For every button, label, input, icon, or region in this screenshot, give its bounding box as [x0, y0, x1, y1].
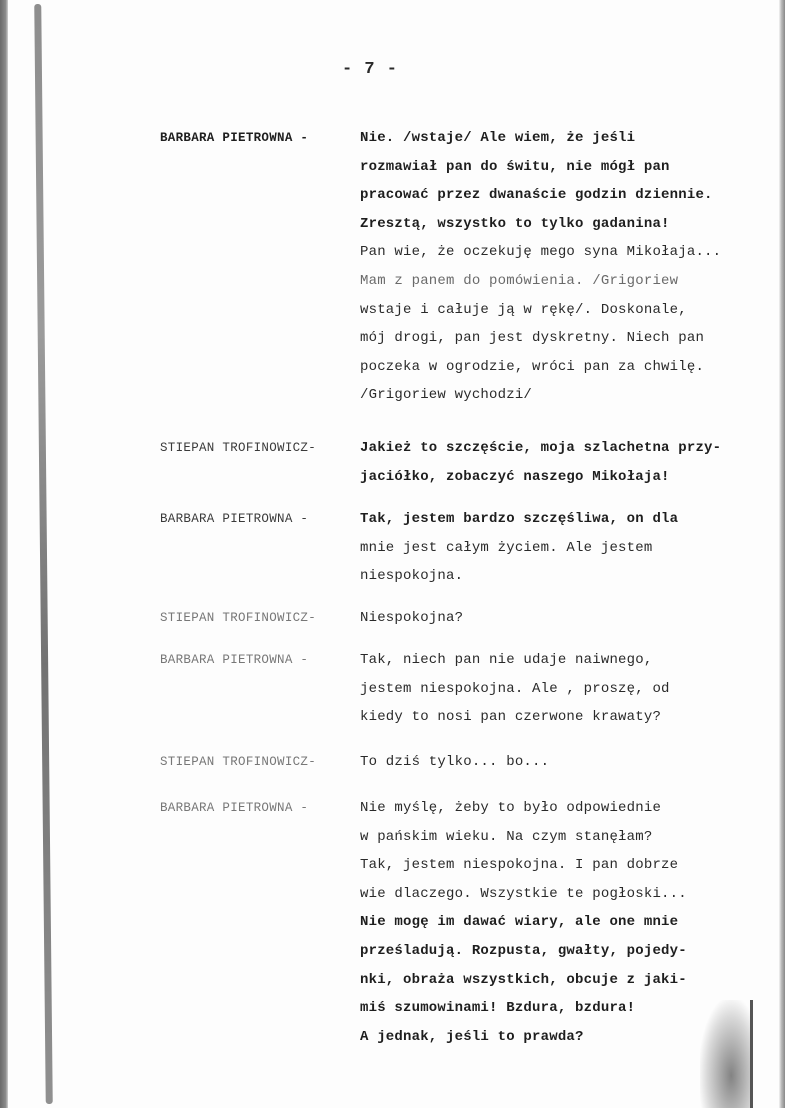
- speaker-name: STIEPAN TROFINOWICZ-: [160, 611, 316, 625]
- speaker-name: BARBARA PIETROWNA -: [160, 653, 308, 667]
- dialogue-line: prześladują. Rozpusta, gwałty, pojedy-: [360, 937, 780, 966]
- dialogue-line: Tak, jestem niespokojna. I pan dobrze: [360, 851, 780, 880]
- page-number: - 7 -: [342, 60, 398, 79]
- dialogue-line: miś szumowinami! Bzdura, bzdura!: [360, 994, 780, 1023]
- dialogue-line: mój drogi, pan jest dyskretny. Niech pan: [360, 324, 780, 353]
- dialogue-lines: Tak, niech pan nie udaje naiwnego, jeste…: [360, 646, 780, 732]
- document-page: - 7 - BARBARA PIETROWNA - Nie. /wstaje/ …: [0, 0, 785, 1108]
- dialogue-line: w pańskim wieku. Na czym stanęłam?: [360, 823, 780, 852]
- dialogue-line: Zresztą, wszystko to tylko gadanina!: [360, 210, 780, 239]
- dialogue-lines: Nie myślę, żeby to było odpowiednie w pa…: [360, 794, 780, 1051]
- dialogue-line: Jakież to szczęście, moja szlachetna prz…: [360, 434, 780, 463]
- dialogue-line: nki, obraża wszystkich, obcuje z jaki-: [360, 966, 780, 995]
- dialogue-line: Pan wie, że oczekuję mego syna Mikołaja.…: [360, 238, 780, 267]
- dialogue-lines: To dziś tylko... bo...: [360, 748, 780, 777]
- speaker-name: STIEPAN TROFINOWICZ-: [160, 755, 316, 769]
- dialogue-line: Nie mogę im dawać wiary, ale one mnie: [360, 908, 780, 937]
- scan-binding-line: [34, 4, 53, 1104]
- speaker-name: BARBARA PIETROWNA -: [160, 131, 308, 145]
- dialogue-line: niespokojna.: [360, 562, 780, 591]
- dialogue-line: Tak, niech pan nie udaje naiwnego,: [360, 646, 780, 675]
- dialogue-line: Niespokojna?: [360, 604, 780, 633]
- dialogue-line: Nie myślę, żeby to było odpowiednie: [360, 794, 780, 823]
- dialogue-lines: Nie. /wstaje/ Ale wiem, że jeśli rozmawi…: [360, 124, 780, 410]
- dialogue-line: Mam z panem do pomówienia. /Grigoriew: [360, 267, 780, 296]
- speaker-name: BARBARA PIETROWNA -: [160, 512, 308, 526]
- dialogue-line: mnie jest całym życiem. Ale jestem: [360, 534, 780, 563]
- dialogue-line: rozmawiał pan do świtu, nie mógł pan: [360, 153, 780, 182]
- dialogue-line: A jednak, jeśli to prawda?: [360, 1023, 780, 1052]
- dialogue-line: poczeka w ogrodzie, wróci pan za chwilę.: [360, 353, 780, 382]
- dialogue-line: wstaje i całuje ją w rękę/. Doskonale,: [360, 296, 780, 325]
- dialogue-line: Tak, jestem bardzo szczęśliwa, on dla: [360, 505, 780, 534]
- scan-edge-left: [0, 0, 8, 1108]
- dialogue-line: To dziś tylko... bo...: [360, 748, 780, 777]
- dialogue-lines: Jakież to szczęście, moja szlachetna prz…: [360, 434, 780, 491]
- dialogue-line: Nie. /wstaje/ Ale wiem, że jeśli: [360, 124, 780, 153]
- dialogue-line: jestem niespokojna. Ale , proszę, od: [360, 675, 780, 704]
- dialogue-line: /Grigoriew wychodzi/: [360, 381, 780, 410]
- dialogue-lines: Niespokojna?: [360, 604, 780, 633]
- dialogue-line: pracować przez dwanaście godzin dziennie…: [360, 181, 780, 210]
- speaker-name: STIEPAN TROFINOWICZ-: [160, 441, 316, 455]
- dialogue-line: wie dlaczego. Wszystkie te pogłoski...: [360, 880, 780, 909]
- dialogue-lines: Tak, jestem bardzo szczęśliwa, on dla mn…: [360, 505, 780, 591]
- dialogue-line: kiedy to nosi pan czerwone krawaty?: [360, 703, 780, 732]
- speaker-name: BARBARA PIETROWNA -: [160, 801, 308, 815]
- dialogue-line: jaciółko, zobaczyć naszego Mikołaja!: [360, 463, 780, 492]
